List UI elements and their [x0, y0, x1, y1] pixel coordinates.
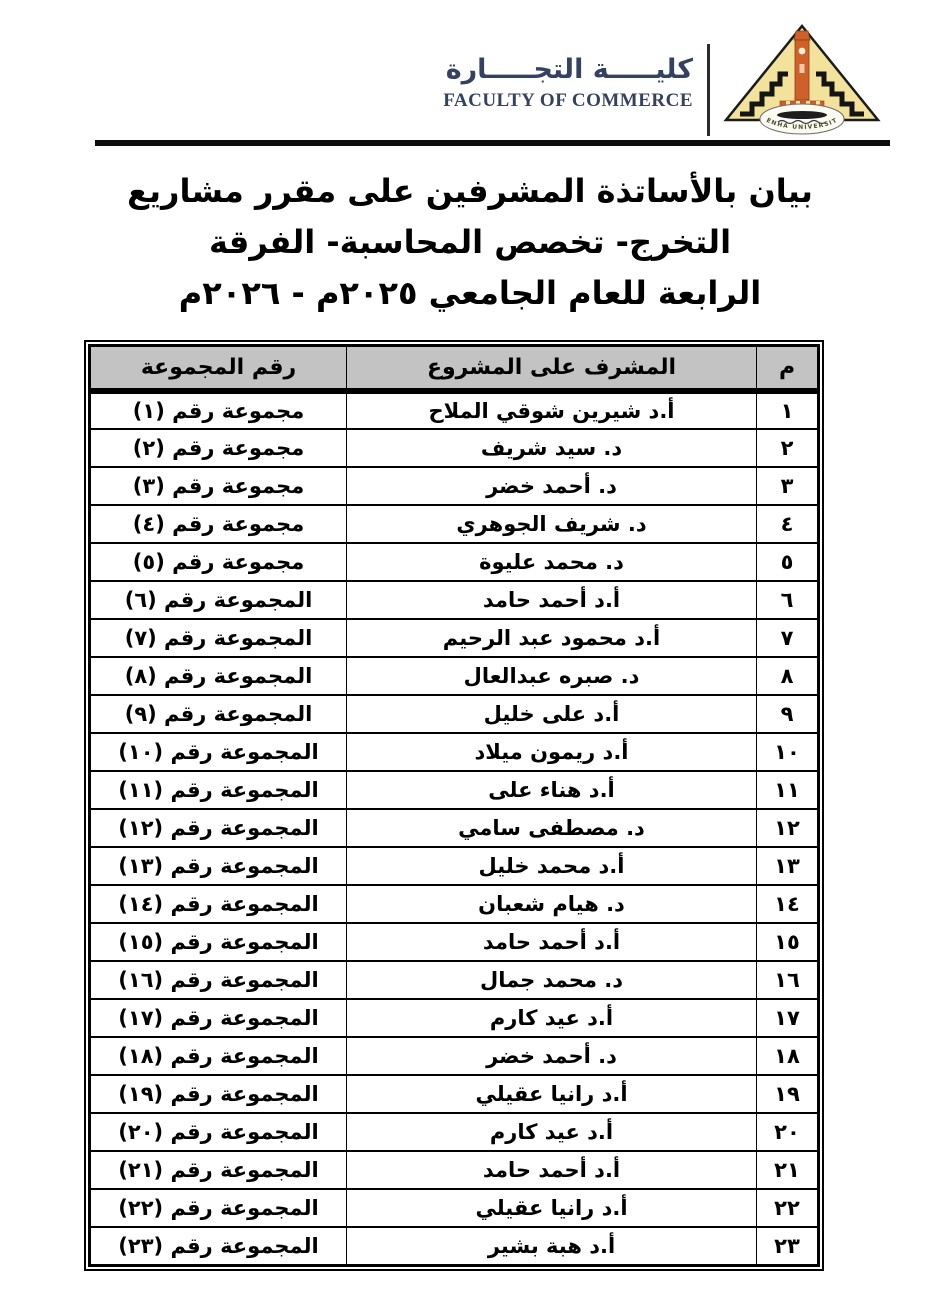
row-cell-group: المجموعة رقم (١٢): [90, 809, 347, 847]
row-cell-index: ٢٢: [757, 1189, 819, 1227]
row-cell-index: ١٦: [757, 961, 819, 999]
row-cell-supervisor: أ.د محمد خليل: [347, 847, 757, 885]
row-cell-group: مجموعة رقم (٥): [90, 543, 347, 581]
faculty-name-arabic: كليـــــة التجـــــارة: [443, 54, 693, 86]
row-cell-supervisor: أ.د عيد كارم: [347, 1113, 757, 1151]
row-cell-group: المجموعة رقم (٧): [90, 619, 347, 657]
row-cell-index: ٢٣: [757, 1227, 819, 1265]
faculty-name-english: FACULTY OF COMMERCE: [443, 90, 693, 112]
row-cell-group: مجموعة رقم (٤): [90, 505, 347, 543]
row-cell-index: ٦: [757, 581, 819, 619]
row-cell-group: مجموعة رقم (٣): [90, 467, 347, 505]
row-cell-index: ٢٠: [757, 1113, 819, 1151]
row-cell-index: ٨: [757, 657, 819, 695]
row-cell-group: مجموعة رقم (١): [90, 391, 347, 429]
row-cell-index: ٢١: [757, 1151, 819, 1189]
row-cell-supervisor: د. أحمد خضر: [347, 467, 757, 505]
header-rule: [95, 140, 890, 146]
row-cell-supervisor: أ.د رانيا عقيلي: [347, 1075, 757, 1113]
row-cell-index: ٤: [757, 505, 819, 543]
table-row: ٢١أ.د أحمد حامدالمجموعة رقم (٢١): [90, 1151, 819, 1189]
row-cell-index: ١١: [757, 771, 819, 809]
row-cell-supervisor: أ.د أحمد حامد: [347, 923, 757, 961]
benha-university-logo-icon: BENHA UNIVERSITY: [722, 22, 882, 140]
table-header-row: م المشرف على المشروع رقم المجموعة: [90, 345, 819, 391]
row-cell-index: ١٤: [757, 885, 819, 923]
header-cell-index: م: [757, 345, 819, 391]
faculty-name-block: كليـــــة التجـــــارة FACULTY OF COMMER…: [443, 54, 693, 112]
table-row: ٣د. أحمد خضرمجموعة رقم (٣): [90, 467, 819, 505]
row-cell-group: المجموعة رقم (٢٠): [90, 1113, 347, 1151]
header-cell-supervisor: المشرف على المشروع: [347, 345, 757, 391]
row-cell-supervisor: د. أحمد خضر: [347, 1037, 757, 1075]
row-cell-index: ٩: [757, 695, 819, 733]
row-cell-group: مجموعة رقم (٢): [90, 429, 347, 467]
table-row: ٢٣أ.د هبة بشيرالمجموعة رقم (٢٣): [90, 1227, 819, 1265]
table-row: ٢٢أ.د رانيا عقيليالمجموعة رقم (٢٢): [90, 1189, 819, 1227]
row-cell-index: ١٥: [757, 923, 819, 961]
row-cell-index: ٣: [757, 467, 819, 505]
table-row: ١١أ.د هناء علىالمجموعة رقم (١١): [90, 771, 819, 809]
row-cell-supervisor: أ.د ريمون ميلاد: [347, 733, 757, 771]
row-cell-supervisor: أ.د هبة بشير: [347, 1227, 757, 1265]
row-cell-supervisor: د. سيد شريف: [347, 429, 757, 467]
table-row: ٤د. شريف الجوهريمجموعة رقم (٤): [90, 505, 819, 543]
row-cell-supervisor: د. صبره عبدالعال: [347, 657, 757, 695]
doc-header: كليـــــة التجـــــارة FACULTY OF COMMER…: [0, 0, 940, 140]
row-cell-index: ٢: [757, 429, 819, 467]
row-cell-index: ١٢: [757, 809, 819, 847]
header-divider: [707, 44, 710, 136]
row-cell-group: المجموعة رقم (١٩): [90, 1075, 347, 1113]
row-cell-group: المجموعة رقم (٢٢): [90, 1189, 347, 1227]
row-cell-supervisor: د. هيام شعبان: [347, 885, 757, 923]
table-row: ١٧أ.د عيد كارمالمجموعة رقم (١٧): [90, 999, 819, 1037]
row-cell-supervisor: د. محمد جمال: [347, 961, 757, 999]
table-row: ٨د. صبره عبدالعالالمجموعة رقم (٨): [90, 657, 819, 695]
row-cell-supervisor: د. مصطفى سامي: [347, 809, 757, 847]
table-row: ٢د. سيد شريفمجموعة رقم (٢): [90, 429, 819, 467]
table-row: ١٠أ.د ريمون ميلادالمجموعة رقم (١٠): [90, 733, 819, 771]
row-cell-index: ١٩: [757, 1075, 819, 1113]
row-cell-supervisor: د. شريف الجوهري: [347, 505, 757, 543]
table-row: ١٨د. أحمد خضرالمجموعة رقم (١٨): [90, 1037, 819, 1075]
row-cell-supervisor: أ.د على خليل: [347, 695, 757, 733]
row-cell-group: المجموعة رقم (٩): [90, 695, 347, 733]
document-page: كليـــــة التجـــــارة FACULTY OF COMMER…: [0, 0, 940, 1311]
table-row: ١٥أ.د أحمد حامدالمجموعة رقم (١٥): [90, 923, 819, 961]
supervisors-table-frame: م المشرف على المشروع رقم المجموعة ١أ.د ش…: [84, 340, 824, 1271]
document-title-line1: بيان بالأساتذة المشرفين على مقرر مشاريع …: [127, 172, 813, 261]
row-cell-index: ١٠: [757, 733, 819, 771]
table-row: ١٩أ.د رانيا عقيليالمجموعة رقم (١٩): [90, 1075, 819, 1113]
table-row: ٧أ.د محمود عبد الرحيمالمجموعة رقم (٧): [90, 619, 819, 657]
row-cell-supervisor: أ.د عيد كارم: [347, 999, 757, 1037]
row-cell-supervisor: أ.د هناء على: [347, 771, 757, 809]
row-cell-group: المجموعة رقم (١١): [90, 771, 347, 809]
row-cell-group: المجموعة رقم (١٧): [90, 999, 347, 1037]
row-cell-index: ٧: [757, 619, 819, 657]
row-cell-index: ١٨: [757, 1037, 819, 1075]
row-cell-group: المجموعة رقم (١٦): [90, 961, 347, 999]
table-row: ١أ.د شيرين شوقي الملاحمجموعة رقم (١): [90, 391, 819, 429]
row-cell-supervisor: أ.د محمود عبد الرحيم: [347, 619, 757, 657]
table-row: ٢٠أ.د عيد كارمالمجموعة رقم (٢٠): [90, 1113, 819, 1151]
row-cell-index: ١٣: [757, 847, 819, 885]
row-cell-group: المجموعة رقم (١٠): [90, 733, 347, 771]
table-row: ١٦د. محمد جمالالمجموعة رقم (١٦): [90, 961, 819, 999]
row-cell-index: ١: [757, 391, 819, 429]
document-title-line2: الرابعة للعام الجامعي ٢٠٢٥م - ٢٠٢٦م: [179, 274, 761, 312]
table-row: ٥د. محمد عليوةمجموعة رقم (٥): [90, 543, 819, 581]
row-cell-group: المجموعة رقم (٢١): [90, 1151, 347, 1189]
document-title: بيان بالأساتذة المشرفين على مقرر مشاريع …: [70, 166, 870, 320]
table-row: ١٢د. مصطفى ساميالمجموعة رقم (١٢): [90, 809, 819, 847]
table-row: ١٣أ.د محمد خليلالمجموعة رقم (١٣): [90, 847, 819, 885]
row-cell-supervisor: أ.د رانيا عقيلي: [347, 1189, 757, 1227]
row-cell-group: المجموعة رقم (٨): [90, 657, 347, 695]
table-row: ٩أ.د على خليلالمجموعة رقم (٩): [90, 695, 819, 733]
row-cell-group: المجموعة رقم (١٤): [90, 885, 347, 923]
row-cell-group: المجموعة رقم (١٥): [90, 923, 347, 961]
row-cell-index: ١٧: [757, 999, 819, 1037]
supervisors-table: م المشرف على المشروع رقم المجموعة ١أ.د ش…: [88, 344, 820, 1267]
university-logo: BENHA UNIVERSITY: [722, 22, 882, 140]
table-row: ١٤د. هيام شعبانالمجموعة رقم (١٤): [90, 885, 819, 923]
row-cell-supervisor: أ.د أحمد حامد: [347, 581, 757, 619]
row-cell-index: ٥: [757, 543, 819, 581]
row-cell-supervisor: د. محمد عليوة: [347, 543, 757, 581]
row-cell-supervisor: أ.د شيرين شوقي الملاح: [347, 391, 757, 429]
row-cell-group: المجموعة رقم (١٨): [90, 1037, 347, 1075]
row-cell-supervisor: أ.د أحمد حامد: [347, 1151, 757, 1189]
row-cell-group: المجموعة رقم (٦): [90, 581, 347, 619]
row-cell-group: المجموعة رقم (٢٣): [90, 1227, 347, 1265]
row-cell-group: المجموعة رقم (١٣): [90, 847, 347, 885]
table-row: ٦أ.د أحمد حامدالمجموعة رقم (٦): [90, 581, 819, 619]
header-cell-group: رقم المجموعة: [90, 345, 347, 391]
